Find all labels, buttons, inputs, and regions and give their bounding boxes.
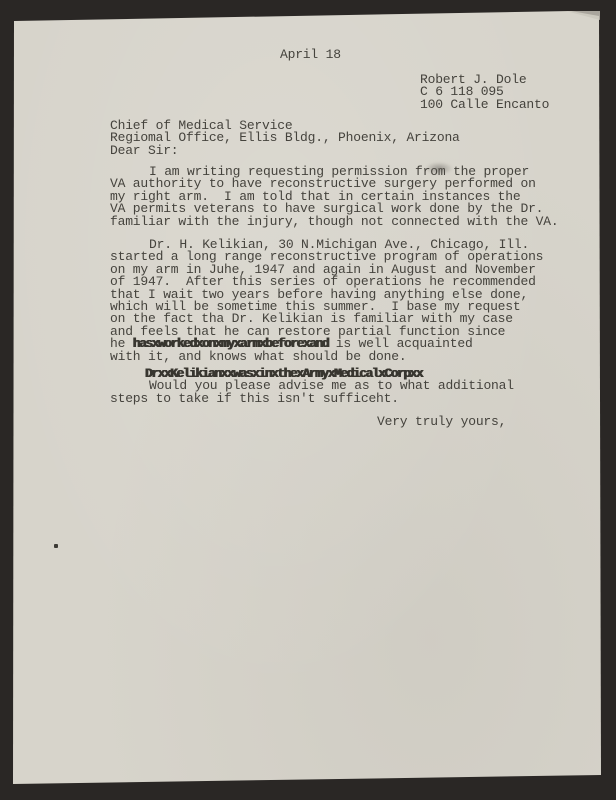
paragraph-2: Dr. H. Kelikian, 30 N.Michigan Ave., Chi… [110, 239, 543, 363]
closing-salutation: Very truly yours, [377, 416, 506, 428]
sender-block: Robert J. Dole C 6 118 095 100 Calle Enc… [420, 74, 549, 111]
sender-street: 100 Calle Encanto [420, 99, 549, 111]
letter-content: April 18 Robert J. Dole C 6 118 095 100 … [0, 0, 616, 800]
scan-background: April 18 Robert J. Dole C 6 118 095 100 … [0, 0, 616, 800]
salutation: Dear Sir: [110, 145, 460, 157]
letter-date: April 18 [280, 49, 341, 61]
ink-dot-artifact [54, 544, 58, 548]
ink-smudge-artifact [425, 162, 453, 175]
paragraph-3: DrxxKelikianxxwasxinxthexArmyxMedicalxCo… [110, 368, 514, 405]
paragraph-1: I am writing requesting permission from … [110, 166, 558, 228]
letter-line: steps to take if this isn't sufficeht. [110, 393, 514, 405]
recipient-block: Chief of Medical Service Regiomal Office… [110, 120, 460, 157]
letter-line: familiar with the injury, though not con… [110, 216, 558, 228]
letter-line: with it, and knows what should be done. [110, 351, 543, 363]
